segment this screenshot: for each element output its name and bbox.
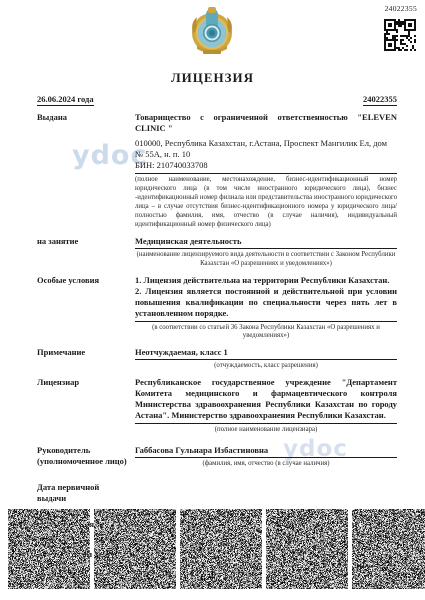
field-label: Выдана [37,112,135,123]
kazakhstan-coat-of-arms-icon [189,5,235,62]
divider [135,320,397,322]
field-first-issue-date: Дата первичной выдачи [37,482,397,504]
special-condition-2: 2. Лицензия является постоянной и действ… [135,286,397,319]
document-body: 26.06.2024 года 24022355 Выдана Товарище… [37,94,397,560]
licensee-address: 010000, Республика Казахстан, г.Астана, … [135,138,397,160]
datamatrix-noise-block [266,509,348,589]
field-note: (в соответствии со статьей 36 Закона Рес… [135,324,397,342]
field-note: (фамилия, имя, отчество (в случае наличи… [135,460,397,469]
licensor-value: Республиканское государственное учрежден… [135,377,397,421]
field-remark: Примечание Неотчуждаемая, класс 1 (отчуж… [37,347,397,371]
field-label: Дата первичной выдачи [37,482,135,504]
field-label: на занятие [37,236,135,247]
divider [135,172,397,174]
field-note: (отчуждаемость, класс разрешения) [135,362,397,371]
field-label: Лицензиар [37,377,135,388]
field-activity: на занятие Медицинская деятельность (наи… [37,236,397,269]
datamatrix-noise-block [352,509,425,589]
datamatrix-noise-block [94,509,176,589]
field-issued-to: Выдана Товарищество с ограниченной ответ… [37,112,397,230]
date-number-row: 26.06.2024 года 24022355 [37,94,397,106]
field-special-conditions: Особые условия 1. Лицензия действительна… [37,275,397,341]
datamatrix-noise-block [180,509,262,589]
field-label: Руководитель (уполномоченное лицо) [37,445,135,467]
signature-code-strip [8,509,423,589]
licensee-bin: БИН: 210740033708 [135,160,397,171]
datamatrix-noise-block [8,509,90,589]
field-note: (полное наименование лицензиара) [135,426,397,435]
field-label: Особые условия [37,275,135,286]
qr-code-icon [384,19,416,51]
field-licensor: Лицензиар Республиканское государственно… [37,377,397,434]
divider [135,422,397,424]
license-number: 24022355 [363,94,397,106]
field-label: Примечание [37,347,135,358]
head-name: Габбасова Гульнара Избастиновна [135,445,397,458]
field-note: (наименование лицензируемого вида деятел… [135,251,397,269]
special-condition-1: 1. Лицензия действительна на территории … [135,275,397,286]
activity-value: Медицинская деятельность [135,236,397,249]
field-note: (полное наименование, местонахождение, б… [135,176,397,230]
remark-value: Неотчуждаемая, класс 1 [135,347,397,360]
licensee-name: Товарищество с ограниченной ответственно… [135,112,397,134]
issue-date: 26.06.2024 года [37,94,94,106]
field-head: Руководитель (уполномоченное лицо) Габба… [37,445,397,469]
page-title: ЛИЦЕНЗИЯ [0,70,425,86]
top-corner-number: 24022355 [385,4,417,13]
license-document: 24022355 ЛИЦЕНЗИЯ ydoc ydoc 26.06.2024 г… [0,0,425,600]
